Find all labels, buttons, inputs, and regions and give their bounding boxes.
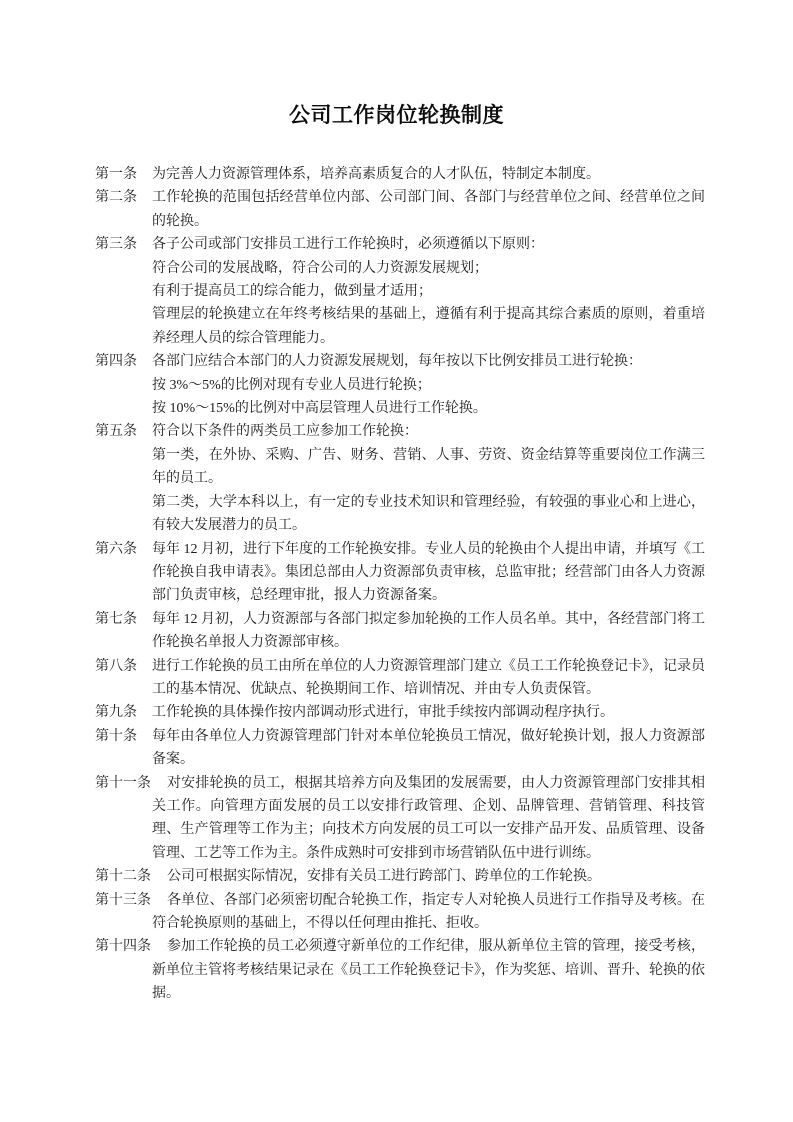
article-paragraph: 每年 12 月初，进行下年度的工作轮换安排。专业人员的轮换由个人提出申请，并填写…	[152, 538, 705, 608]
article-paragraph: 管理层的轮换建立在年终考核结果的基础上，遵循有利于提高其综合素质的原则，着重培养…	[152, 303, 705, 350]
article: 第十三条 各单位、各部门必须密切配合轮换工作，指定专人对轮换人员进行工作指导及考…	[95, 889, 705, 936]
article: 第十四条 参加工作轮换的员工必须遵守新单位的工作纪律，服从新单位主管的管理，接受…	[95, 935, 705, 1005]
article-content: 进行工作轮换的员工由所在单位的人力资源管理部门建立《员工工作轮换登记卡》，记录员…	[152, 655, 705, 702]
article: 第一条 为完善人力资源管理体系，培养高素质复合的人才队伍，特制定本制度。	[95, 163, 705, 186]
article-number-label: 第二条	[95, 186, 137, 209]
article-paragraph: 各单位、各部门必须密切配合轮换工作，指定专人对轮换人员进行工作指导及考核。在符合…	[152, 889, 705, 936]
article: 第十二条 公司可根据实际情况，安排有关员工进行跨部门、跨单位的工作轮换。	[95, 865, 705, 888]
article-paragraph: 参加工作轮换的员工必须遵守新单位的工作纪律，服从新单位主管的管理，接受考核，新单…	[152, 935, 705, 1005]
article-content: 各部门应结合本部门的人力资源发展规划，每年按以下比例安排员工进行轮换：按 3%～…	[152, 350, 705, 420]
article: 第五条 符合以下条件的两类员工应参加工作轮换：第一类，在外协、采购、广告、财务、…	[95, 420, 705, 537]
article-paragraph: 各子公司或部门安排员工进行工作轮换时，必须遵循以下原则：	[152, 233, 705, 256]
article: 第三条 各子公司或部门安排员工进行工作轮换时，必须遵循以下原则：符合公司的发展战…	[95, 233, 705, 350]
article-number-label: 第三条	[95, 233, 137, 256]
article-content: 参加工作轮换的员工必须遵守新单位的工作纪律，服从新单位主管的管理，接受考核，新单…	[152, 935, 705, 1005]
article: 第二条 工作轮换的范围包括经营单位内部、公司部门间、各部门与经营单位之间、经营单…	[95, 186, 705, 233]
article-number-label: 第十三条	[95, 889, 151, 912]
article-number-label: 第四条	[95, 350, 137, 373]
article-paragraph: 各部门应结合本部门的人力资源发展规划，每年按以下比例安排员工进行轮换：	[152, 350, 705, 373]
article: 第七条 每年 12 月初，人力资源部与各部门拟定参加轮换的工作人员名单。其中，各…	[95, 608, 705, 655]
article-paragraph: 每年 12 月初，人力资源部与各部门拟定参加轮换的工作人员名单。其中，各经营部门…	[152, 608, 705, 655]
article-paragraph: 符合以下条件的两类员工应参加工作轮换：	[152, 420, 705, 443]
article-content: 工作轮换的具体操作按内部调动形式进行，审批手续按内部调动程序执行。	[152, 701, 705, 724]
article-content: 为完善人力资源管理体系，培养高素质复合的人才队伍，特制定本制度。	[152, 163, 705, 186]
article-paragraph: 为完善人力资源管理体系，培养高素质复合的人才队伍，特制定本制度。	[152, 163, 705, 186]
article-paragraph: 公司可根据实际情况，安排有关员工进行跨部门、跨单位的工作轮换。	[152, 865, 705, 888]
article-number-label: 第十一条	[95, 772, 151, 795]
article-number-label: 第一条	[95, 163, 137, 186]
article-paragraph: 工作轮换的具体操作按内部调动形式进行，审批手续按内部调动程序执行。	[152, 701, 705, 724]
article-paragraph: 对安排轮换的员工，根据其培养方向及集团的发展需要，由人力资源管理部门安排其相关工…	[152, 772, 705, 866]
document-page: 公司工作岗位轮换制度 第一条 为完善人力资源管理体系，培养高素质复合的人才队伍，…	[0, 0, 793, 1122]
document-title: 公司工作岗位轮换制度	[0, 103, 793, 129]
article-content: 各子公司或部门安排员工进行工作轮换时，必须遵循以下原则：符合公司的发展战略，符合…	[152, 233, 705, 350]
article-paragraph: 按 10%～15%的比例对中高层管理人员进行工作轮换。	[152, 397, 705, 420]
article: 第十一条 对安排轮换的员工，根据其培养方向及集团的发展需要，由人力资源管理部门安…	[95, 772, 705, 866]
article-paragraph: 第二类，大学本科以上，有一定的专业技术知识和管理经验，有较强的事业心和上进心，有…	[152, 491, 705, 538]
article-content: 工作轮换的范围包括经营单位内部、公司部门间、各部门与经营单位之间、经营单位之间的…	[152, 186, 705, 233]
article-number-label: 第九条	[95, 701, 137, 724]
article: 第四条 各部门应结合本部门的人力资源发展规划，每年按以下比例安排员工进行轮换：按…	[95, 350, 705, 420]
article-number-label: 第七条	[95, 608, 137, 631]
article: 第八条 进行工作轮换的员工由所在单位的人力资源管理部门建立《员工工作轮换登记卡》…	[95, 655, 705, 702]
article-paragraph: 符合公司的发展战略，符合公司的人力资源发展规划；	[152, 257, 705, 280]
article: 第九条 工作轮换的具体操作按内部调动形式进行，审批手续按内部调动程序执行。	[95, 701, 705, 724]
document-body: 第一条 为完善人力资源管理体系，培养高素质复合的人才队伍，特制定本制度。 第二条…	[95, 163, 705, 1006]
article-content: 每年由各单位人力资源管理部门针对本单位轮换员工情况，做好轮换计划，报人力资源部备…	[152, 725, 705, 772]
article-content: 每年 12 月初，人力资源部与各部门拟定参加轮换的工作人员名单。其中，各经营部门…	[152, 608, 705, 655]
article-number-label: 第五条	[95, 420, 137, 443]
article-content: 对安排轮换的员工，根据其培养方向及集团的发展需要，由人力资源管理部门安排其相关工…	[152, 772, 705, 866]
article: 第六条 每年 12 月初，进行下年度的工作轮换安排。专业人员的轮换由个人提出申请…	[95, 538, 705, 608]
article-content: 符合以下条件的两类员工应参加工作轮换：第一类，在外协、采购、广告、财务、营销、人…	[152, 420, 705, 537]
article-paragraph: 按 3%～5%的比例对现有专业人员进行轮换；	[152, 374, 705, 397]
article-number-label: 第十条	[95, 725, 137, 748]
article-paragraph: 进行工作轮换的员工由所在单位的人力资源管理部门建立《员工工作轮换登记卡》，记录员…	[152, 655, 705, 702]
article-paragraph: 每年由各单位人力资源管理部门针对本单位轮换员工情况，做好轮换计划，报人力资源部备…	[152, 725, 705, 772]
article-paragraph: 有利于提高员工的综合能力，做到量才适用；	[152, 280, 705, 303]
article-content: 各单位、各部门必须密切配合轮换工作，指定专人对轮换人员进行工作指导及考核。在符合…	[152, 889, 705, 936]
article-number-label: 第十二条	[95, 865, 151, 888]
article-number-label: 第十四条	[95, 935, 151, 958]
article-number-label: 第八条	[95, 655, 137, 678]
article-paragraph: 工作轮换的范围包括经营单位内部、公司部门间、各部门与经营单位之间、经营单位之间的…	[152, 186, 705, 233]
article: 第十条 每年由各单位人力资源管理部门针对本单位轮换员工情况，做好轮换计划，报人力…	[95, 725, 705, 772]
article-paragraph: 第一类，在外协、采购、广告、财务、营销、人事、劳资、资金结算等重要岗位工作满三年…	[152, 444, 705, 491]
article-number-label: 第六条	[95, 538, 137, 561]
article-content: 每年 12 月初，进行下年度的工作轮换安排。专业人员的轮换由个人提出申请，并填写…	[152, 538, 705, 608]
article-content: 公司可根据实际情况，安排有关员工进行跨部门、跨单位的工作轮换。	[152, 865, 705, 888]
